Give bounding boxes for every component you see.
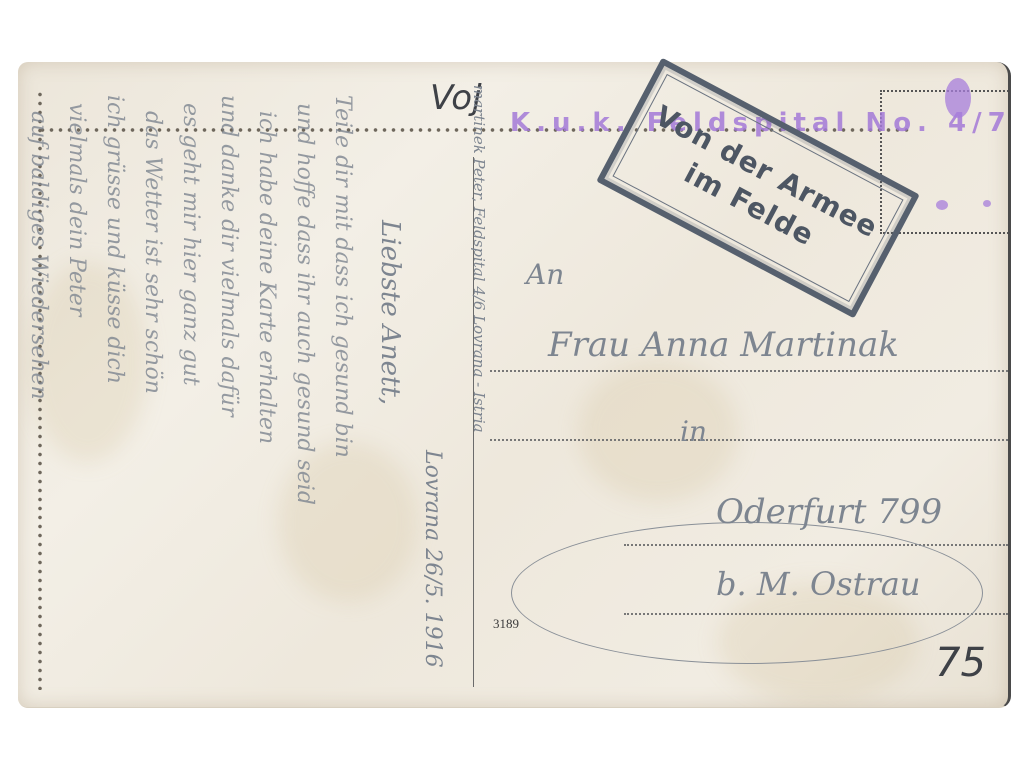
address-region: b. M. Ostrau bbox=[716, 565, 920, 603]
address-preposition: in bbox=[680, 415, 707, 448]
sender-line: martinek Peter, Feldspital 4/6 Lovrana -… bbox=[470, 85, 488, 433]
address-line bbox=[490, 439, 1008, 441]
message-line: vielmals dein Peter bbox=[64, 103, 89, 316]
ink-blot bbox=[983, 200, 991, 207]
message-line: ich habe deine Karte erhalten bbox=[254, 111, 279, 444]
message-line: und danke dir vielmals dafür bbox=[216, 95, 241, 417]
message-line: das Wetter ist sehr schön bbox=[140, 111, 165, 394]
greeting: Liebste Anett, bbox=[375, 220, 405, 405]
ink-blot bbox=[945, 78, 971, 118]
message-line: Teile dir mit dass ich gesund bin bbox=[330, 95, 355, 458]
address-recipient: Frau Anna Martinak bbox=[548, 325, 899, 365]
ink-blot bbox=[936, 200, 948, 210]
message-line: auf baldiges Wiedersehen bbox=[26, 111, 51, 400]
message-line: und hoffe dass ihr auch gesund seid bbox=[292, 103, 317, 505]
message-line: ich grüsse und küsse dich bbox=[102, 95, 127, 384]
postcard bbox=[18, 62, 1011, 708]
place-date: Lovrana 26/5. 1916 bbox=[420, 450, 445, 668]
address-salutation: An bbox=[526, 258, 564, 291]
price-note: 75 bbox=[935, 640, 986, 686]
address-line bbox=[490, 370, 1008, 372]
publisher-number: 3189 bbox=[493, 616, 519, 632]
message-line: es geht mir hier ganz gut bbox=[178, 103, 203, 386]
address-town: Oderfurt 799 bbox=[716, 492, 942, 532]
paper-stain bbox=[578, 362, 738, 502]
